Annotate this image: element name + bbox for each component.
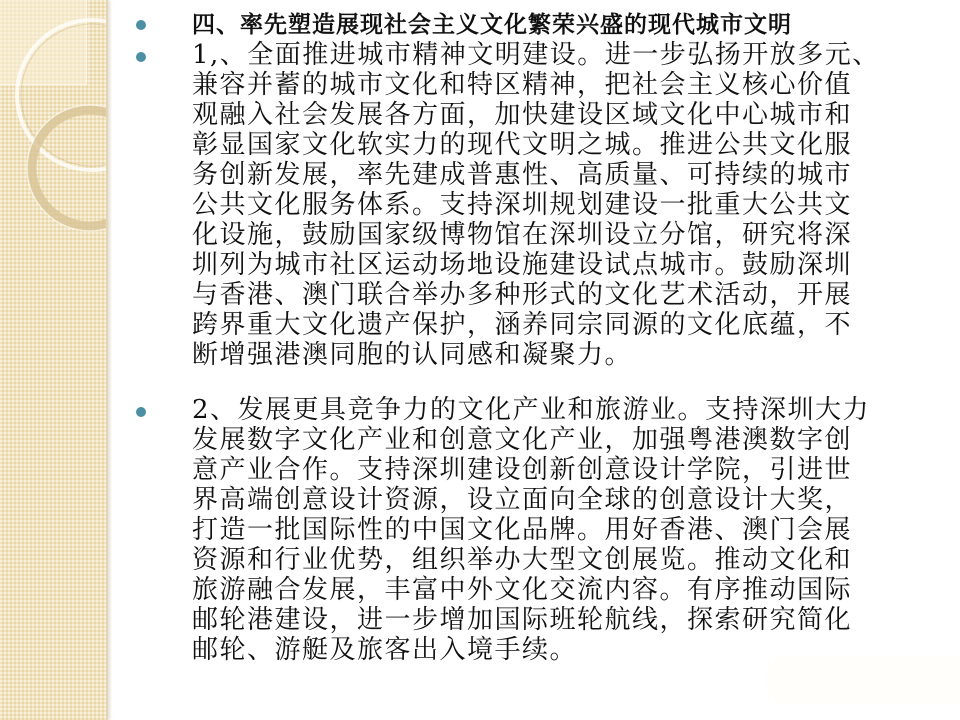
text-line: 打造一批国际性的中国文化品牌。用好香港、澳门会展 [192,515,936,545]
paragraph-1: 1,、全面推进城市精神文明建设。进一步弘扬开放多元、 兼容并蓄的城市文化和特区精… [136,40,936,370]
text-line: 跨界重大文化遗产保护，涵养同宗同源的文化底蕴，不 [192,310,936,340]
bullet-icon [136,52,146,62]
paragraph-2: 2、发展更具竞争力的文化产业和旅游业。支持深圳大力 发展数字文化产业和创意文化产… [136,395,936,665]
text-line: 务创新发展，率先建成普惠性、高质量、可持续的城市 [192,160,936,190]
text-line: 1,、全面推进城市精神文明建设。进一步弘扬开放多元、 [192,40,936,70]
bullet-icon [136,20,146,30]
paragraph-1-text: 1,、全面推进城市精神文明建设。进一步弘扬开放多元、 兼容并蓄的城市文化和特区精… [192,40,936,370]
text-line: 旅游融合发展，丰富中外文化交流内容。有序推动国际 [192,575,936,605]
text-line: 界高端创意设计资源，设立面向全球的创意设计大奖， [192,485,936,515]
text-line: 化设施，鼓励国家级博物馆在深圳设立分馆，研究将深 [192,220,936,250]
text-line: 资源和行业优势，组织举办大型文创展览。推动文化和 [192,545,936,575]
bullet-icon [136,407,146,417]
paragraph-2-text: 2、发展更具竞争力的文化产业和旅游业。支持深圳大力 发展数字文化产业和创意文化产… [192,395,936,665]
slide-content: 四、率先塑造展现社会主义文化繁荣兴盛的现代城市文明 1,、全面推进城市精神文明建… [106,0,960,720]
text-line: 邮轮港建设，进一步增加国际班轮航线，探索研究简化 [192,605,936,635]
watermark-area [766,655,960,705]
text-line: 兼容并蓄的城市文化和特区精神，把社会主义核心价值 [192,70,936,100]
text-line: 圳列为城市社区运动场地设施建设试点城市。鼓励深圳 [192,250,936,280]
text-line: 与香港、澳门联合举办多种形式的文化艺术活动，开展 [192,280,936,310]
text-line: 观融入社会发展各方面，加快建设区域文化中心城市和 [192,100,936,130]
text-line: 断增强港澳同胞的认同感和凝聚力。 [192,340,936,370]
section-heading: 四、率先塑造展现社会主义文化繁荣兴盛的现代城市文明 [136,10,936,40]
decorative-rings-icon [0,0,106,720]
heading-text: 四、率先塑造展现社会主义文化繁荣兴盛的现代城市文明 [192,10,936,40]
text-line: 公共文化服务体系。支持深圳规划建设一批重大公共文 [192,190,936,220]
text-line: 彰显国家文化软实力的现代文明之城。推进公共文化服 [192,130,936,160]
text-line: 意产业合作。支持深圳建设创新创意设计学院，引进世 [192,455,936,485]
decorative-sidebar [0,0,108,720]
text-line: 发展数字文化产业和创意文化产业，加强粤港澳数字创 [192,425,936,455]
text-line: 2、发展更具竞争力的文化产业和旅游业。支持深圳大力 [192,395,936,425]
